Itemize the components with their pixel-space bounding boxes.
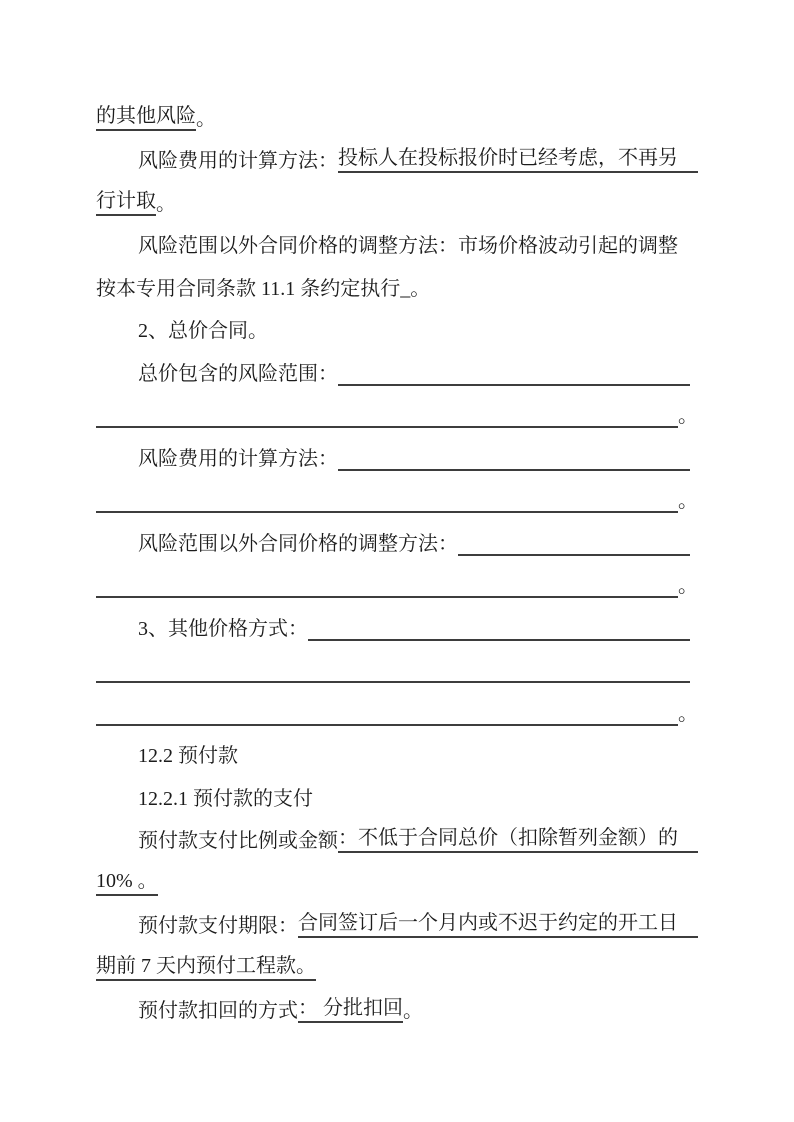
text-segment: 预付款支付比例或金额 [138,829,338,853]
blank-underline [96,595,678,598]
text-segment: 。 [156,192,176,216]
text-segment: 。 [403,999,423,1023]
document-line: 。 [96,394,698,437]
text-segment: 12.2.1 预付款的支付 [138,787,313,811]
text-segment: 预付款扣回的方式 [138,999,298,1023]
text-segment: 。 [678,489,698,513]
filled-in-text: 期前 7 天内预付工程款。 [96,954,316,981]
text-segment: 3、其他价格方式： [138,617,308,641]
document-line: 总价包含的风险范围： [96,351,698,394]
text-segment: 。 [678,404,698,428]
document-line: 。 [96,564,698,607]
document-line [96,649,698,692]
blank-underline [96,425,678,428]
document-line: 2、总价合同。 [96,309,698,352]
filled-in-text: 投标人在投标报价时已经考虑，不再另 [338,146,698,173]
document-line: 。 [96,479,698,522]
blank-underline [96,723,678,726]
document-line: 按本专用合同条款 11.1 条约定执行_。 [96,266,698,309]
text-segment: 。 [678,702,698,726]
document-line: 10% 。 [96,861,698,904]
text-segment: 总价包含的风险范围： [138,362,338,386]
filled-in-text: 行计取 [96,189,156,216]
filled-in-text: 10% 。 [96,869,158,896]
blank-underline [338,383,690,386]
text-segment: 。 [196,107,216,131]
text-segment: 。 [678,574,698,598]
document-line: 的其他风险。 [96,96,698,139]
document-page: 的其他风险。风险费用的计算方法： 投标人在投标报价时已经考虑，不再另行计取 。风… [0,0,794,1122]
blank-underline [458,553,690,556]
filled-in-text: ： 分批扣回 [298,996,403,1023]
document-line: 风险费用的计算方法： [96,436,698,479]
heading-12-2: 12.2 预付款 [96,734,698,777]
document-line: 风险范围以外合同价格的调整方法：市场价格波动引起的调整 [96,224,698,267]
document-line: 。 [96,691,698,734]
document-body: 的其他风险。风险费用的计算方法： 投标人在投标报价时已经考虑，不再另行计取 。风… [96,96,698,1031]
filled-in-text: 合同签订后一个月内或不迟于约定的开工日 [298,911,698,938]
document-line: 风险范围以外合同价格的调整方法： [96,521,698,564]
blank-underline [308,638,690,641]
text-segment: 按本专用合同条款 11.1 条约定执行_。 [96,277,430,301]
document-line: 预付款支付期限： 合同签订后一个月内或不迟于约定的开工日 [96,904,698,947]
filled-in-text: 的其他风险 [96,104,196,131]
document-line: 3、其他价格方式： [96,606,698,649]
heading-12-2-1: 12.2.1 预付款的支付 [96,776,698,819]
text-segment: 风险费用的计算方法： [138,149,338,173]
text-segment: 风险费用的计算方法： [138,447,338,471]
document-line: 风险费用的计算方法： 投标人在投标报价时已经考虑，不再另 [96,139,698,182]
blank-underline [96,510,678,513]
text-segment: 2、总价合同。 [138,319,268,343]
text-segment: 风险范围以外合同价格的调整方法： [138,532,458,556]
text-segment: 风险范围以外合同价格的调整方法：市场价格波动引起的调整 [138,234,678,258]
text-segment: 12.2 预付款 [138,744,238,768]
text-segment: 预付款支付期限： [138,914,298,938]
blank-underline [338,468,690,471]
document-line: 预付款支付比例或金额：不低于合同总价（扣除暂列金额）的 [96,819,698,862]
document-line: 行计取 。 [96,181,698,224]
document-line: 期前 7 天内预付工程款。 [96,946,698,989]
blank-underline [96,680,690,683]
filled-in-text: ：不低于合同总价（扣除暂列金额）的 [338,826,698,853]
document-line: 预付款扣回的方式： 分批扣回 。 [96,989,698,1032]
